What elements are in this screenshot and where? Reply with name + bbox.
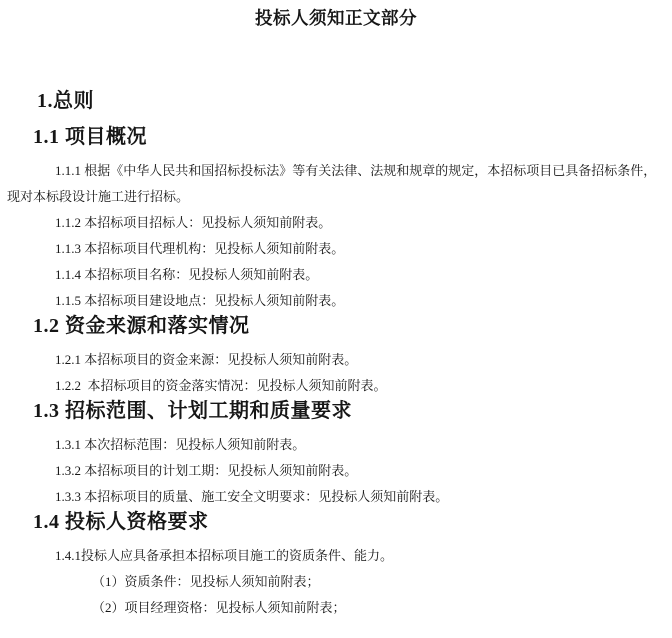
paragraph-1-2-2: 1.2.2 本招标项目的资金落实情况：见投标人须知前附表。 xyxy=(7,373,665,399)
chapter-heading-general-rules: 1.总则 xyxy=(37,89,665,113)
paragraph-1-1-2: 1.1.2 本招标项目招标人：见投标人须知前附表。 xyxy=(7,210,665,236)
section-project-overview: 1.1 项目概况 1.1.1 根据《中华人民共和国招标投标法》等有关法律、法规和… xyxy=(7,125,665,314)
subitem-qualification-conditions: （1）资质条件：见投标人须知前附表； xyxy=(7,569,665,595)
paragraph-1-1-1: 1.1.1 根据《中华人民共和国招标投标法》等有关法律、法规和规章的规定，本招标… xyxy=(7,158,665,210)
section-bidder-qualification: 1.4 投标人资格要求 1.4.1投标人应具备承担本招标项目施工的资质条件、能力… xyxy=(7,510,665,621)
section-funding-source: 1.2 资金来源和落实情况 1.2.1 本招标项目的资金来源：见投标人须知前附表… xyxy=(7,314,665,399)
paragraph-1-3-3: 1.3.3 本招标项目的质量、施工安全文明要求：见投标人须知前附表。 xyxy=(7,484,665,510)
section-bid-scope-schedule-quality: 1.3 招标范围、计划工期和质量要求 1.3.1 本次招标范围：见投标人须知前附… xyxy=(7,399,665,510)
section-heading-1-3: 1.3 招标范围、计划工期和质量要求 xyxy=(33,399,665,423)
paragraph-1-1-3: 1.1.3 本招标项目代理机构：见投标人须知前附表。 xyxy=(7,236,665,262)
subitem-project-manager-qualification: （2）项目经理资格：见投标人须知前附表； xyxy=(7,595,665,621)
paragraph-1-4-1: 1.4.1投标人应具备承担本招标项目施工的资质条件、能力。 xyxy=(7,543,665,569)
paragraph-1-3-2: 1.3.2 本招标项目的计划工期：见投标人须知前附表。 xyxy=(7,458,665,484)
section-heading-1-4: 1.4 投标人资格要求 xyxy=(33,510,665,534)
section-heading-1-2: 1.2 资金来源和落实情况 xyxy=(33,314,665,338)
document-title: 投标人须知正文部分 xyxy=(7,5,665,31)
paragraph-1-3-1: 1.3.1 本次招标范围：见投标人须知前附表。 xyxy=(7,432,665,458)
paragraph-1-1-4: 1.1.4 本招标项目名称：见投标人须知前附表。 xyxy=(7,262,665,288)
paragraph-1-1-5: 1.1.5 本招标项目建设地点：见投标人须知前附表。 xyxy=(7,288,665,314)
paragraph-1-2-1: 1.2.1 本招标项目的资金来源：见投标人须知前附表。 xyxy=(7,347,665,373)
document-page: 投标人须知正文部分 1.总则 1.1 项目概况 1.1.1 根据《中华人民共和国… xyxy=(0,0,672,638)
section-heading-1-1: 1.1 项目概况 xyxy=(33,125,665,149)
